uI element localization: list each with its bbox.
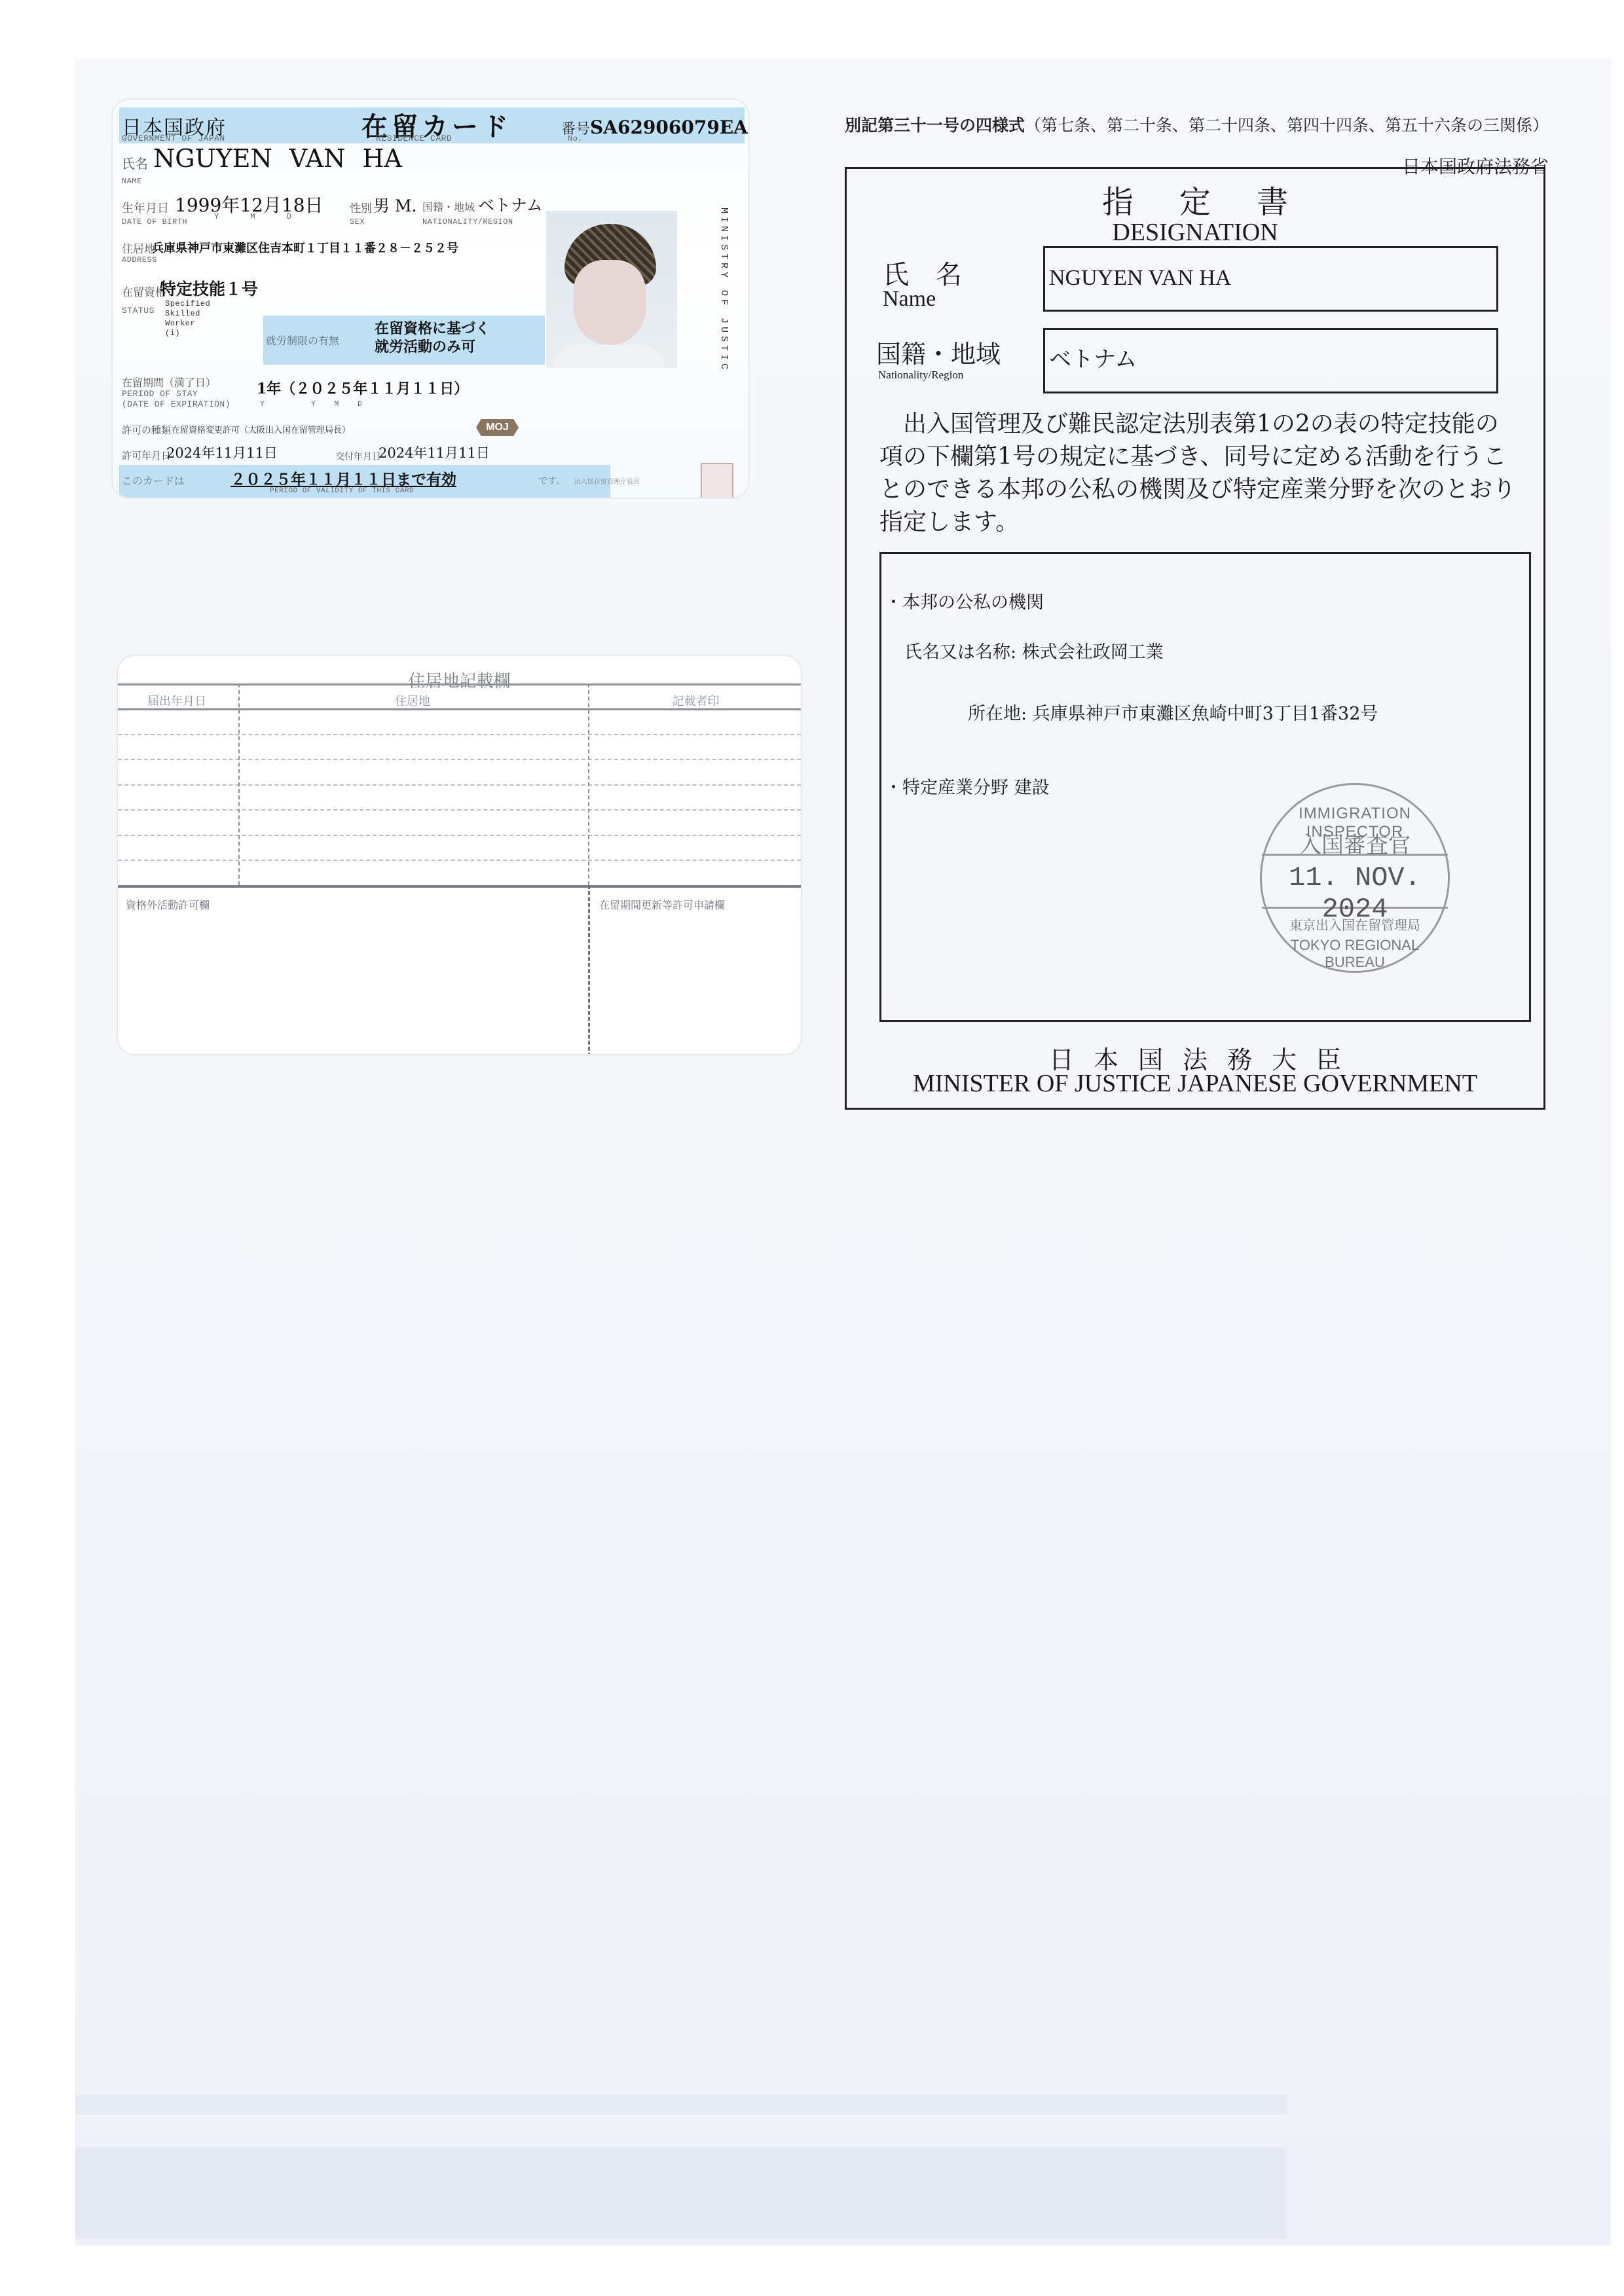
work-restriction-value: 在留資格に基づく 就労活動のみ可 [375, 319, 490, 356]
designation-title-en: DESIGNATION [847, 218, 1543, 247]
designation-body-text: 出入国管理及び難民認定法別表第1の2の表の特定技能の項の下欄第1号の規定に基づき… [879, 408, 1521, 539]
nationality-label-en: Nationality/Region [878, 369, 963, 382]
photo-face [574, 260, 646, 345]
ministry-vertical-text: MINISTRY OF JUSTIC [718, 208, 729, 373]
issue-date-label: 交付年月日 [335, 450, 381, 463]
validity-label-en: PERIOD OF VALIDITY OF THIS CARD [270, 487, 414, 495]
work-restriction-label: 就労制限の有無 [266, 333, 339, 348]
nationality-value: ベトナム [478, 192, 543, 216]
nationality-label-jp: 国籍・地域 [876, 334, 1001, 370]
status-en-line: Worker [165, 319, 210, 329]
name-label-jp: 氏 名 [883, 254, 971, 291]
work-restriction-line: 在留資格に基づく [375, 319, 490, 338]
issue-date: 2024年11月11日 [378, 443, 490, 462]
residence-card-front: 日本国政府 GOVERNMENT OF JAPAN 在留カード RESIDENC… [111, 98, 750, 499]
permission-outside-status-label: 資格外活動許可欄 [126, 897, 210, 912]
period-label-en-2: (DATE OF EXPIRATION) [122, 399, 231, 409]
work-restriction-line: 就労活動のみ可 [375, 338, 490, 356]
status-en-line: Skilled [165, 309, 210, 319]
form-reference-normal: （第七条、第二十条、第二十四条、第四十四条、第五十六条の三関係） [1025, 116, 1549, 135]
organization-name: 氏名又は名称: 株式会社政岡工業 [904, 638, 1164, 663]
status-en-line: Specified [165, 299, 210, 309]
name-label-jp: 氏名 [122, 153, 148, 172]
period-of-stay: 1年（２０２５年１１月１１日） [257, 378, 468, 398]
column-divider [238, 683, 240, 885]
validity-band: このカードは ２０２５年１１月１１日まで有効 PERIOD OF VALIDIT… [119, 465, 610, 498]
table-row [118, 860, 801, 861]
col-header-date: 届出年月日 [118, 692, 236, 709]
name-field: NGUYEN VAN HA [1043, 246, 1498, 312]
work-restriction-box: 就労制限の有無 在留資格に基づく 就労活動のみ可 [263, 316, 545, 365]
designation-title-jp: 指定書 [847, 177, 1543, 222]
status-en: Specified Skilled Worker (i) [165, 299, 210, 338]
dob-label-jp: 生年月日 [122, 199, 169, 216]
moj-badge: MOJ [476, 419, 519, 436]
table-top-rule [118, 683, 801, 685]
table-row [118, 734, 801, 735]
col-header-address: 住居地 [239, 692, 586, 709]
validity-prefix: このカードは [122, 473, 185, 488]
table-row [118, 809, 801, 811]
issuer-seal-text: 出入国在留管理庁長官 [574, 476, 640, 486]
form-reference: 別記第三十一号の四様式（第七条、第二十条、第二十四条、第四十四条、第五十六条の三… [845, 113, 1549, 136]
address-label-jp: 住居地 [122, 240, 155, 256]
org-address-value: 兵庫県神戸市東灘区魚崎中町3丁目1番32号 [1033, 704, 1378, 724]
card-number: 番号SA62906079EA No. [561, 117, 748, 143]
column-divider [588, 683, 589, 885]
issuer-seal [701, 463, 733, 499]
validity-suffix: です。 [538, 474, 565, 487]
permit-date: 2024年11月11日 [166, 443, 278, 462]
address-label-en: ADDRESS [122, 255, 157, 264]
back-title: 住居地記載欄 [118, 668, 801, 692]
card-validity-date: ２０２５年１１月１１日まで有効 [231, 467, 456, 489]
period-label-jp: 在留期間（満了日） [122, 374, 216, 390]
industry-label: ・特定産業分野 [885, 778, 1008, 798]
issuer-en: GOVERNMENT OF JAPAN [122, 134, 225, 143]
designation-details-box: ・本邦の公私の機関 氏名又は名称: 株式会社政岡工業 所在地: 兵庫県神戸市東灘… [879, 552, 1531, 1022]
permit-date-label: 許可年月日 [122, 448, 171, 462]
extension-application-label: 在留期間更新等許可申請欄 [599, 897, 725, 912]
sex-label-jp: 性別 [350, 199, 372, 215]
nationality-field: ベトナム [1043, 328, 1498, 393]
name-label-en: Name [883, 287, 936, 312]
nationality-label-en: NATIONALITY/REGION [422, 217, 513, 227]
table-row [118, 835, 801, 836]
table-row [118, 759, 801, 760]
dob-ymd-marks: Y M D [214, 212, 292, 221]
designation-document: 指定書 DESIGNATION 氏 名 Name NGUYEN VAN HA 国… [845, 167, 1545, 1110]
sex-label-en: SEX [350, 217, 365, 227]
sex-value: 男 M. [373, 193, 417, 217]
holder-name: NGUYEN VAN HA [153, 144, 402, 173]
stamp-bureau-jp: 東京出入国在留管理局 [1262, 915, 1448, 934]
form-reference-bold: 別記第三十一号の四様式 [845, 116, 1025, 135]
status-value: 特定技能１号 [160, 276, 258, 300]
industry-field: ・特定産業分野 建設 [885, 773, 1050, 799]
scan-artifact-band [75, 2147, 1287, 2239]
org-address-label: 所在地: [968, 704, 1027, 724]
table-header-rule [118, 708, 801, 710]
table-bottom-rule [118, 885, 801, 888]
period-label-en-1: PERIOD OF STAY [122, 389, 198, 399]
name-label-en: NAME [122, 177, 142, 186]
permit-type-value: 在留資格変更許可（大阪出入国在留管理局長） [172, 423, 350, 435]
lower-divider [588, 885, 590, 1055]
photo-shoulders [553, 345, 664, 368]
period-ymd-marks: Y Y M D [260, 401, 362, 409]
residence-card-back: 住居地記載欄 届出年月日 住居地 記載者印 資格外活動許可欄 在留期間更新等許可… [117, 655, 802, 1055]
org-name-value: 株式会社政岡工業 [1022, 642, 1164, 663]
holder-photo [546, 211, 677, 368]
status-en-line: (i) [165, 329, 210, 338]
nationality-label-jp: 国籍・地域 [422, 199, 475, 214]
address-value: 兵庫県神戸市東灘区住吉本町１丁目１１番２８－２５２号 [152, 239, 458, 256]
permit-type-label: 許可の種類 [122, 423, 171, 437]
card-number-value: SA62906079EA [590, 117, 748, 138]
card-title-en: RESIDENCE CARD [376, 134, 452, 143]
immigration-inspector-stamp: IMMIGRATION INSPECTOR 入国審査官 11. NOV. 202… [1260, 783, 1450, 973]
dob-label-en: DATE OF BIRTH [122, 217, 187, 227]
col-header-seal: 記載者印 [589, 692, 802, 709]
status-label-en: STATUS [122, 306, 155, 316]
stamp-bottom-text: TOKYO REGIONAL BUREAU [1262, 937, 1448, 971]
organization-address: 所在地: 兵庫県神戸市東灘区魚崎中町3丁目1番32号 [968, 699, 1378, 725]
industry-value: 建設 [1014, 778, 1050, 798]
table-row [118, 784, 801, 786]
organization-heading: ・本邦の公私の機関 [885, 588, 1044, 613]
scan-artifact-band [75, 2095, 1287, 2115]
signatory-en: MINISTER OF JUSTICE JAPANESE GOVERNMENT [847, 1069, 1543, 1098]
org-name-label: 氏名又は名称: [904, 642, 1016, 663]
